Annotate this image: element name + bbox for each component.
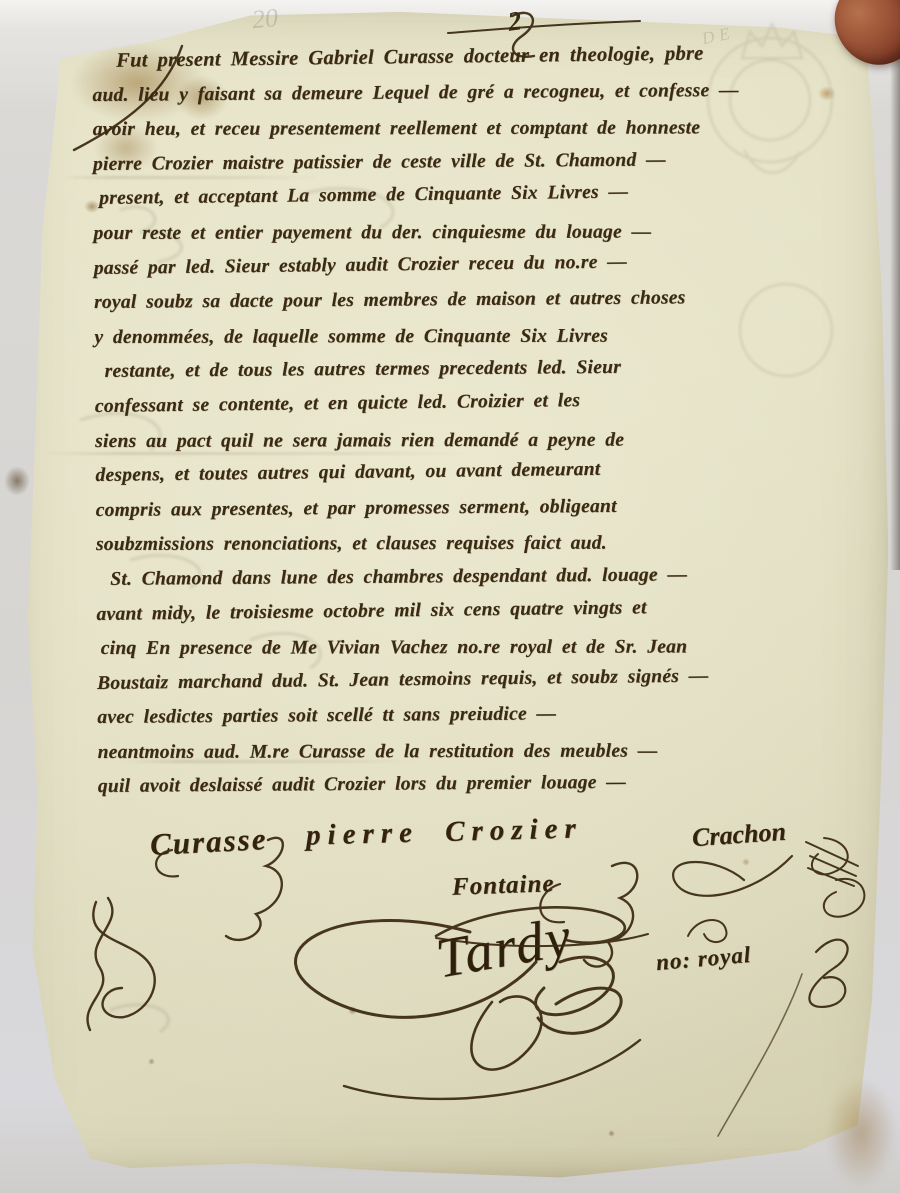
signature-fontaine: Fontaine [452,870,555,902]
text-line: aud. lieu y faisant sa demeure Lequel de… [92,72,870,113]
text-line: royal soubz sa dacte pour les membres de… [94,280,872,321]
manuscript-text-block: Fut present Messire Gabriel Curasse doct… [92,38,876,805]
header-paraph-mark: 2 [506,5,524,38]
ghost-number: 20 [251,3,280,36]
photo-surface: DE 20 2 Fut present Messire Gabriel Cura… [0,0,900,1193]
text-line: soubzmissions renonciations, et clauses … [96,526,874,563]
text-line: compris aux presentes, et par promesses … [96,488,874,529]
text-line: neantmoins aud. M.re Curasse de la resti… [98,734,876,771]
text-line: y denommées, de laquelle somme de Cinqua… [94,319,872,356]
text-line: avec lesdictes parties soit scellé tt sa… [97,695,875,736]
text-line: quil avoit deslaissé audit Crozier lors … [98,764,876,805]
text-line: avoir heu, et receu presentement reellem… [93,111,871,148]
signature-curasse: Curasse [149,821,268,863]
photo-right-edge-shadow [890,50,900,570]
paper-stain [4,466,30,496]
